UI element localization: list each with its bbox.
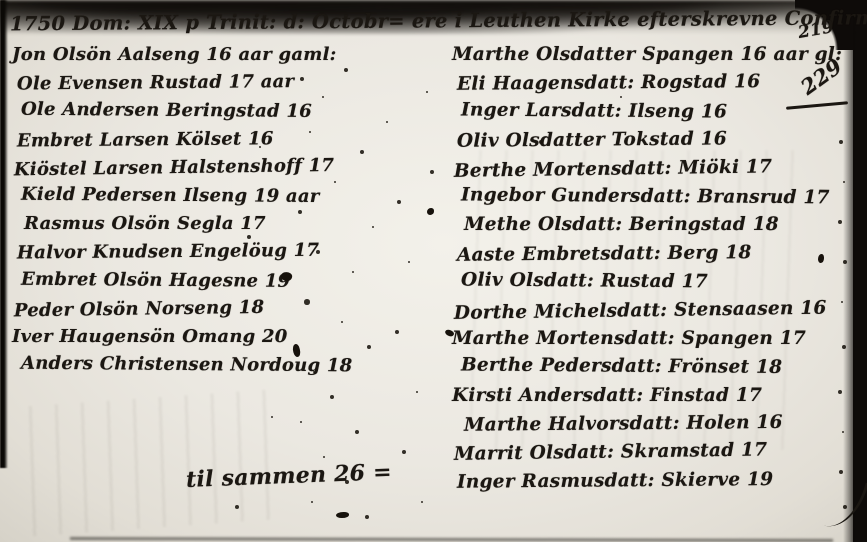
record-entry: Halvor Knudsen Engelöug 17	[17, 240, 352, 271]
record-entry: Kiöstel Larsen Halstenshoff 17	[14, 154, 352, 187]
record-entry: Embret Olsön Hagesne 19	[21, 268, 352, 299]
record-entry: Anders Christensen Nordoug 18	[21, 353, 352, 384]
record-entry: Embret Larsen Kölset 16	[17, 127, 352, 158]
left-column-boys: Jon Olsön Aalseng 16 aar gaml: Ole Evens…	[12, 44, 352, 382]
record-entry: Inger Rasmusdatt: Skierve 19	[457, 468, 858, 500]
record-entry: Inger Larsdatt: Ilseng 16	[461, 99, 858, 131]
manuscript-page: 1750 Dom: XIX p Trinit: d: Octobr= ere i…	[0, 0, 867, 542]
right-column-girls: Marthe Olsdatter Spangen 16 aar gl: Eli …	[452, 44, 858, 498]
ink-speckles	[0, 0, 2, 2]
record-entry: Aaste Embretsdatt: Berg 18	[457, 241, 858, 273]
record-entry: Eli Haagensdatt: Rogstad 16	[457, 71, 858, 103]
record-entry: Kield Pedersen Ilseng 19 aar	[21, 184, 352, 215]
record-entry: Jon Olsön Aalseng 16 aar gaml:	[12, 44, 352, 72]
record-entry: Marthe Mortensdatt: Spangen 17	[452, 328, 858, 356]
record-entry: Ingebor Gundersdatt: Bransrud 17	[461, 184, 858, 216]
record-entry: Ole Evensen Rustad 17 aar	[17, 71, 352, 102]
book-edge-left	[0, 0, 8, 468]
record-entry: Peder Olsön Norseng 18	[14, 295, 352, 328]
record-entry: Kirsti Andersdatt: Finstad 17	[452, 385, 858, 413]
record-entry: Oliv Olsdatter Tokstad 16	[457, 127, 858, 159]
record-entry: Marrit Olsdatt: Skramstad 17	[454, 439, 858, 473]
record-entry: Oliv Olsdatt: Rustad 17	[461, 270, 858, 302]
record-entry: Dorthe Michelsdatt: Stensaasen 16	[454, 297, 858, 331]
record-entry: Berthe Mortensdatt: Miöki 17	[454, 155, 858, 189]
record-entry: Methe Olsdatt: Beringstad 18	[464, 214, 858, 242]
record-entry: Iver Haugensön Omang 20	[12, 326, 352, 354]
record-entry: Marthe Olsdatter Spangen 16 aar gl:	[452, 44, 858, 72]
record-entry: Ole Andersen Beringstad 16	[21, 99, 352, 130]
record-entry: Rasmus Olsön Segla 17	[24, 213, 352, 241]
record-entry: Berthe Pedersdatt: Frönset 18	[461, 355, 858, 387]
